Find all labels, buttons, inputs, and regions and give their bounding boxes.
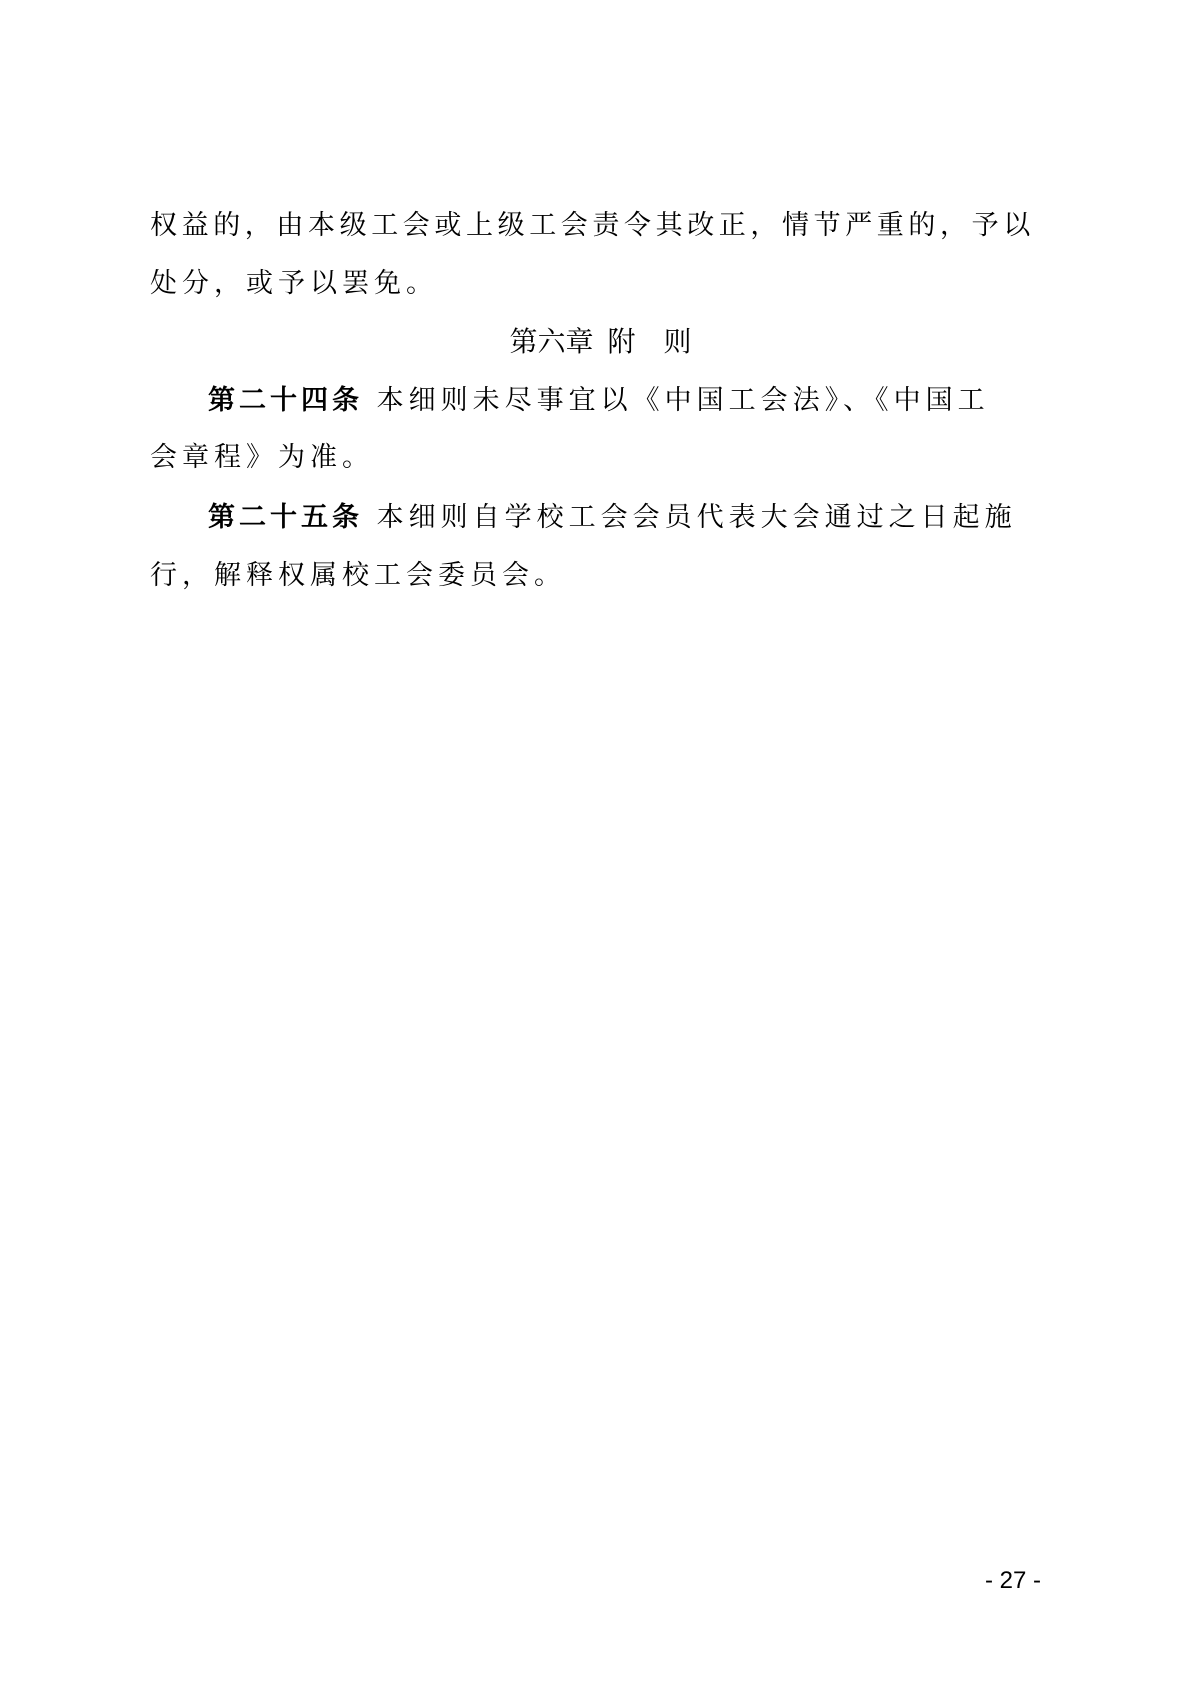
paragraph-continuation-line-2: 处分，或予以罢免。 bbox=[150, 268, 438, 300]
article-25-text-line-2: 行，解释权属校工会委员会。 bbox=[150, 560, 566, 592]
article-24-text-line-2: 会章程》为准。 bbox=[150, 442, 374, 474]
page-number: - 27 - bbox=[985, 1567, 1041, 1595]
article-25-number: 第二十五条 bbox=[208, 502, 363, 533]
article-24-text-line-1: 本细则未尽事宜以《中国工会法》、《中国工 bbox=[377, 385, 990, 416]
chapter-heading-number: 第六章 bbox=[509, 325, 593, 358]
chapter-heading-title-1: 附 bbox=[607, 325, 635, 358]
chapter-heading: 第六章附则 bbox=[0, 325, 1191, 359]
article-25: 第二十五条 本细则自学校工会会员代表大会通过之日起施 bbox=[208, 502, 1017, 534]
document-page: 权益的，由本级工会或上级工会责令其改正，情节严重的，予以 处分，或予以罢免。 第… bbox=[0, 0, 1191, 1684]
article-24: 第二十四条 本细则未尽事宜以《中国工会法》、《中国工 bbox=[208, 385, 990, 417]
chapter-heading-title-2: 则 bbox=[664, 325, 692, 358]
paragraph-continuation-line-1: 权益的，由本级工会或上级工会责令其改正，情节严重的，予以 bbox=[150, 210, 980, 242]
article-25-text-line-1: 本细则自学校工会会员代表大会通过之日起施 bbox=[377, 502, 1017, 533]
article-24-number: 第二十四条 bbox=[208, 385, 363, 416]
